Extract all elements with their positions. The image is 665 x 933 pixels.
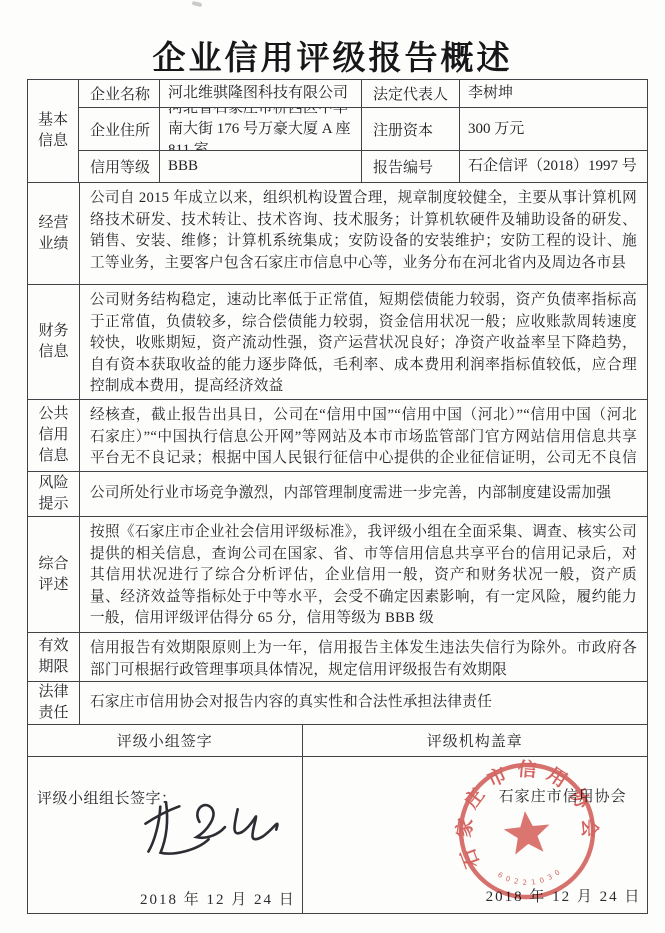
- table-row: 综合评述 按照《石家庄市企业社会信用评级标准》，我评级小组在全面采集、调查、核实…: [28, 517, 648, 633]
- report-page: 企业信用评级报告概述 基本信息 企业名称 河北维骐隆图科技有限公司 法定代表人 …: [0, 0, 665, 933]
- table-row: 法律责任 石家庄市信用协会对报告内容的真实性和合法性承担法律责任: [28, 682, 648, 725]
- footer-header-seal: 评级机构盖章: [303, 725, 648, 757]
- field-value: 李树坤: [460, 80, 648, 108]
- table-row: 评级小组签字 评级机构盖章: [28, 725, 648, 757]
- section-label-basic-info: 基本信息: [28, 80, 79, 183]
- section-content: 公司所处行业市场竞争激烈，内部管理制度需进一步完善，内部制度建设需加强: [80, 472, 648, 517]
- field-value: 河北省石家庄市桥西区中华南大街 176 号万豪大厦 A 座 811 室: [160, 108, 362, 151]
- field-label: 企业名称: [79, 80, 160, 108]
- section-content: 信用报告有效期限原则上为一年，信用报告主体发生违法失信行为除外。市政府各部门可根…: [80, 633, 648, 682]
- section-content: 公司财务结构稳定，速动比率低于正常值，短期偿债能力较弱，资产负债率指标高于正常值…: [80, 285, 648, 400]
- field-value: 河北维骐隆图科技有限公司: [160, 80, 362, 108]
- section-label: 公共信用信息: [28, 400, 80, 472]
- table-row: 企业名称 河北维骐隆图科技有限公司 法定代表人 李树坤: [79, 80, 648, 108]
- table-row: 评级小组组长签字： 2018 年 12 月 24 日 石家庄市信用协会 2018…: [28, 757, 648, 914]
- field-label: 报告编号: [362, 151, 460, 183]
- section-label: 法律责任: [28, 682, 80, 725]
- field-label: 注册资本: [362, 108, 460, 151]
- section-content: 公司自 2015 年成立以来，组织机构设置合理，规章制度较健全，主要从事计算机网…: [80, 183, 648, 285]
- seal-cell: 石家庄市信用协会 2018 年 12 月 24 日 石家庄市信用协会 60221…: [303, 757, 648, 914]
- section-content: 石家庄市信用协会对报告内容的真实性和合法性承担法律责任: [80, 682, 648, 725]
- section-label: 经营业绩: [28, 183, 80, 285]
- section-label: 有效期限: [28, 633, 80, 682]
- field-value: 300 万元: [460, 108, 648, 151]
- section-content: 经核查，截止报告出具日，公司在“信用中国”“信用中国（河北）”“信用中国（河北石…: [80, 400, 648, 472]
- table-row: 公共信用信息 经核查，截止报告出具日，公司在“信用中国”“信用中国（河北）”“信…: [28, 400, 648, 472]
- section-label: 综合评述: [28, 517, 80, 633]
- section-label: 风险提示: [28, 472, 80, 517]
- section-label: 财务信息: [28, 285, 80, 400]
- report-table: 基本信息 企业名称 河北维骐隆图科技有限公司 法定代表人 李树坤 企业住所 河北…: [27, 79, 648, 914]
- page-title: 企业信用评级报告概述: [0, 32, 665, 79]
- signature-cell: 评级小组组长签字： 2018 年 12 月 24 日: [28, 757, 303, 914]
- table-row: 经营业绩 公司自 2015 年成立以来，组织机构设置合理，规章制度较健全，主要从…: [28, 183, 648, 285]
- field-label: 企业住所: [79, 108, 160, 151]
- field-label: 信用等级: [79, 151, 160, 183]
- scan-artifact: [192, 1, 203, 7]
- official-seal-icon: 石家庄市信用协会 60221030: [433, 757, 620, 914]
- table-row: 财务信息 公司财务结构稳定，速动比率低于正常值，短期偿债能力较弱，资产负债率指标…: [28, 285, 648, 400]
- svg-text:60221030: 60221030: [495, 864, 566, 890]
- table-row: 基本信息 企业名称 河北维骐隆图科技有限公司 法定代表人 李树坤 企业住所 河北…: [28, 80, 648, 183]
- date-left: 2018 年 12 月 24 日: [140, 888, 296, 909]
- table-row: 信用等级 BBB 报告编号 石企信评（2018）1997 号: [79, 151, 648, 183]
- table-row: 企业住所 河北省石家庄市桥西区中华南大街 176 号万豪大厦 A 座 811 室…: [79, 108, 648, 151]
- section-content: 按照《石家庄市企业社会信用评级标准》，我评级小组在全面采集、调查、核实公司提供的…: [80, 517, 648, 633]
- field-value: 石企信评（2018）1997 号: [460, 151, 648, 183]
- handwritten-signature: [138, 789, 288, 869]
- table-row: 有效期限 信用报告有效期限原则上为一年，信用报告主体发生违法失信行为除外。市政府…: [28, 633, 648, 682]
- star-icon: [502, 809, 552, 856]
- field-label: 法定代表人: [362, 80, 460, 108]
- field-value: BBB: [160, 151, 362, 183]
- footer-header-signature: 评级小组签字: [28, 725, 303, 757]
- table-row: 风险提示 公司所处行业市场竞争激烈，内部管理制度需进一步完善，内部制度建设需加强: [28, 472, 648, 517]
